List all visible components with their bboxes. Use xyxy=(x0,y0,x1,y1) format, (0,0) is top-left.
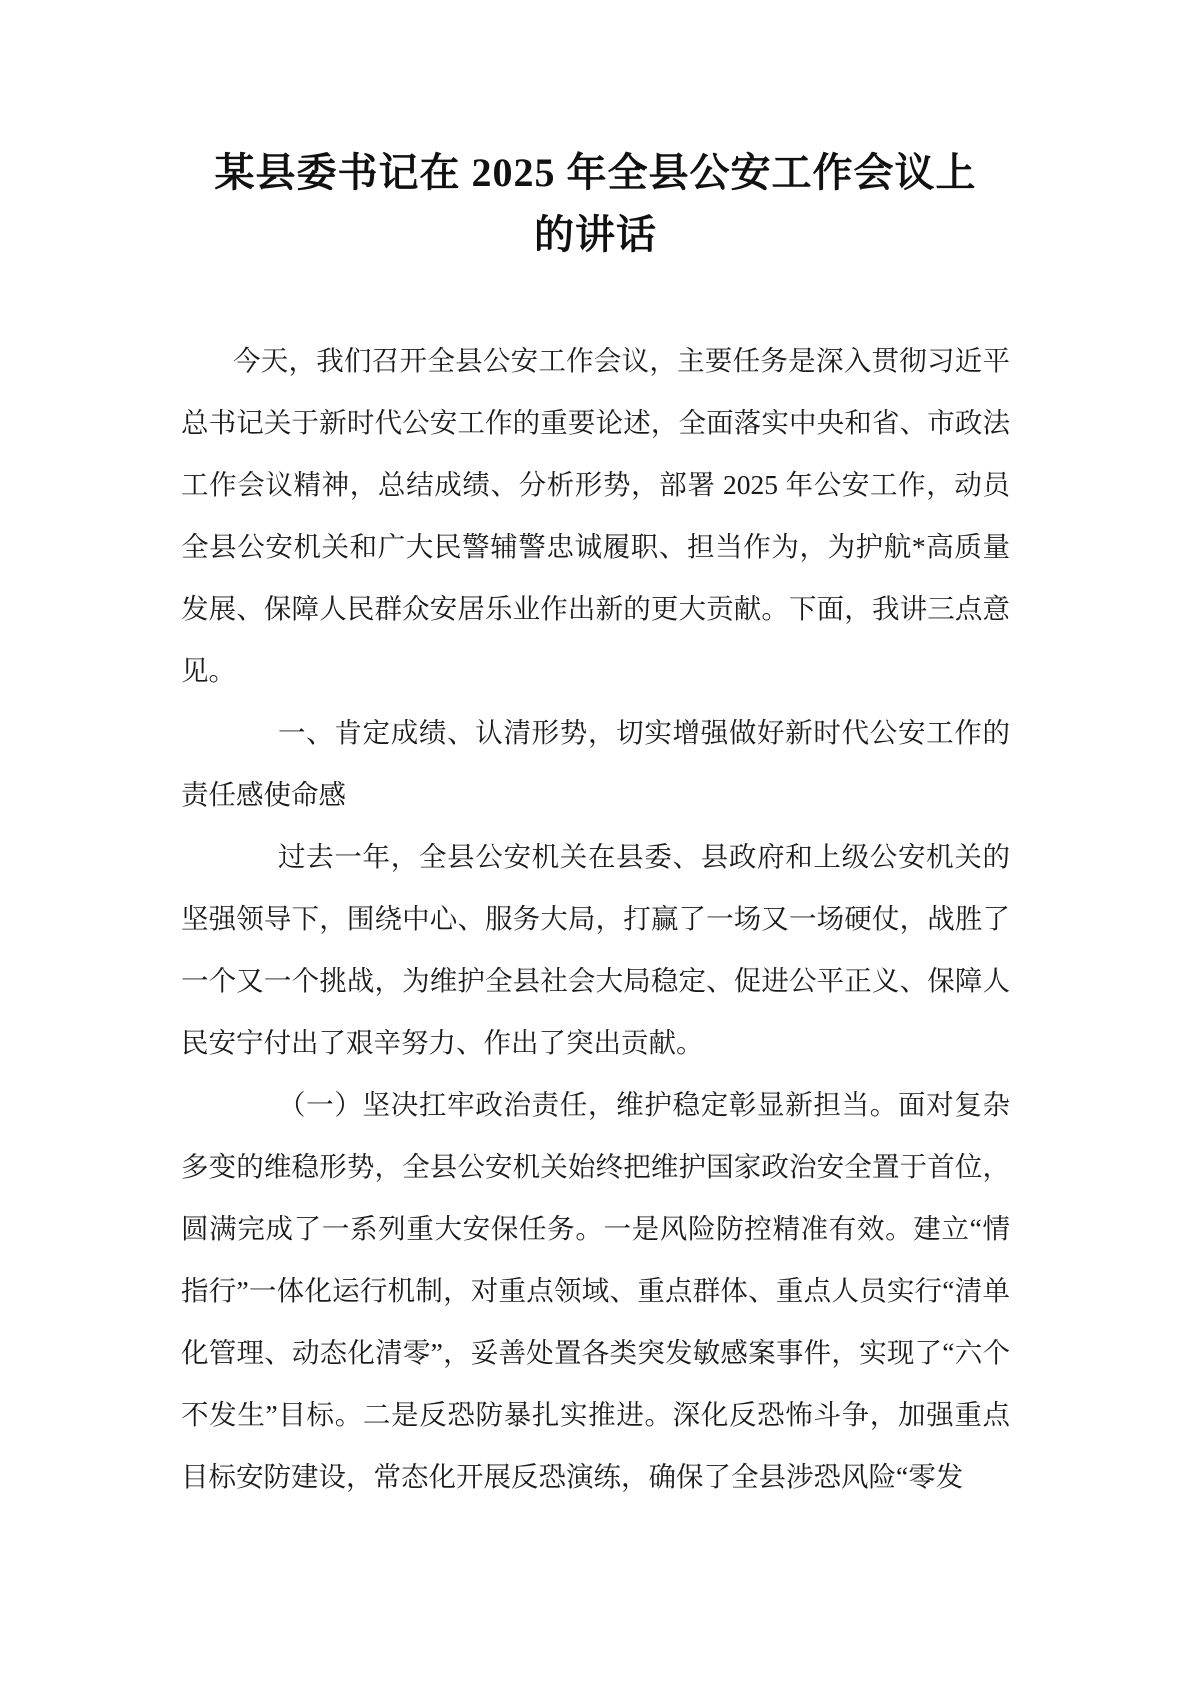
section-heading-1: 一、肯定成绩、认清形势，切实增强做好新时代公安工作的责任感使命感 xyxy=(181,702,1010,826)
title-line-2: 的讲话 xyxy=(534,212,657,257)
paragraph-item-1: （一）坚决扛牢政治责任，维护稳定彰显新担当。面对复杂多变的维稳形势，全县公安机关… xyxy=(181,1074,1010,1508)
page-title: 某县委书记在 2025 年全县公安工作会议上的讲话 xyxy=(181,142,1010,266)
paragraph-opening: 今天，我们召开全县公安工作会议，主要任务是深入贯彻习近平总书记关于新时代公安工作… xyxy=(181,330,1010,702)
document-page: 某县委书记在 2025 年全县公安工作会议上的讲话 今天，我们召开全县公安工作会… xyxy=(0,0,1190,1683)
title-line-1: 某县委书记在 2025 年全县公安工作会议上 xyxy=(215,150,977,195)
paragraph-past-year: 过去一年，全县公安机关在县委、县政府和上级公安机关的坚强领导下，围绕中心、服务大… xyxy=(181,826,1010,1074)
document-body: 今天，我们召开全县公安工作会议，主要任务是深入贯彻习近平总书记关于新时代公安工作… xyxy=(181,330,1010,1508)
